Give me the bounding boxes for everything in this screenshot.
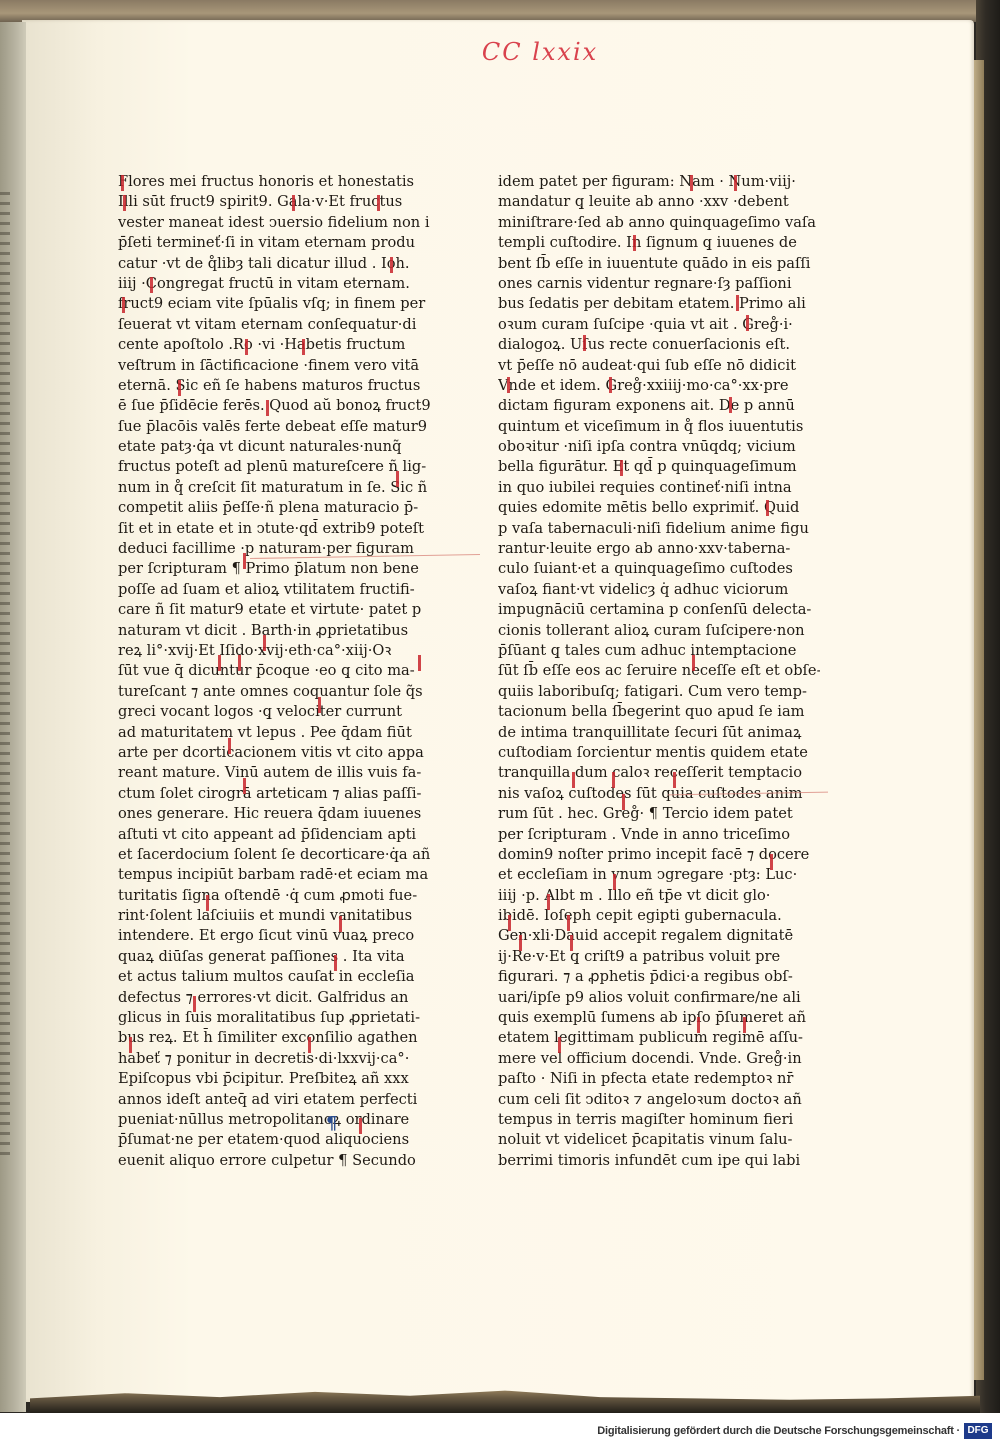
facing-page-text-ghost: [0, 1112, 10, 1115]
facing-page-text-ghost: [0, 902, 10, 905]
text-line: quies edomite mētis bello exprimiť. Quid: [498, 498, 820, 518]
facing-page-text-ghost: [0, 1132, 10, 1135]
facing-page-text-ghost: [0, 1042, 10, 1045]
facing-page-gutter: [0, 22, 26, 1412]
facing-page-text-ghost: [0, 362, 10, 365]
rubric-stroke: [418, 655, 421, 671]
text-line: tranquilla dum caloꝛ receſſerit temptaci…: [498, 763, 820, 783]
rubric-stroke: [613, 874, 616, 890]
text-line: berrimi timoris infundēt cum ipe qui lab…: [498, 1151, 820, 1171]
rubric-stroke: [673, 772, 676, 788]
text-line: quiis laboribuſq; fatigari. Cum vero tem…: [498, 682, 820, 702]
text-line: fruct9 eciam vite ſpūalis vſq; in finem …: [118, 294, 430, 314]
rubric-stroke: [318, 697, 321, 713]
facing-page-text-ghost: [0, 282, 10, 285]
rubric-stroke: [697, 1017, 700, 1033]
paraph-mark-blue: ¶: [326, 1113, 337, 1134]
text-line: bus reꝝ. Et h̄ ſimiliter exconſilio agat…: [118, 1028, 430, 1048]
text-line: in quo iubilei requies contineť·niſi int…: [498, 478, 820, 498]
text-line: ij·Re·v·Et q̧ criſt9 a patribus voluit p…: [498, 947, 820, 967]
text-line: annos ideſt anteq̄ ad viri etatem perfec…: [118, 1090, 430, 1110]
text-line: rantur·leuite ergo ab anno·xxv·taberna-: [498, 539, 820, 559]
facing-page-text-ghost: [0, 592, 10, 595]
facing-page-text-ghost: [0, 302, 10, 305]
text-line: etatem legittimam publicum regimē aſſu-: [498, 1028, 820, 1048]
text-line: vt p̄eſſe nō audeat·qui ſub eſſe nō didi…: [498, 356, 820, 376]
text-line: Flores mei fructus honoris et honestatis: [118, 172, 430, 192]
text-line: cum celi ſit ↄditoꝛ ⁊ angeloꝛum doctoꝛ a…: [498, 1090, 820, 1110]
facing-page-text-ghost: [0, 502, 10, 505]
facing-page-text-ghost: [0, 262, 10, 265]
facing-page-text-ghost: [0, 842, 10, 845]
facing-page-text-ghost: [0, 1152, 10, 1155]
rubric-stroke: [206, 895, 209, 911]
text-line: reꝝ li°·xvij·Et Iſido·xvij·eth·ca°·xiij·…: [118, 641, 430, 661]
facing-page-text-ghost: [0, 702, 10, 705]
text-line: fructus poteſt ad plenū matureſcere ñ li…: [118, 457, 430, 477]
facing-page-text-ghost: [0, 742, 10, 745]
facing-page-text-ghost: [0, 692, 10, 695]
facing-page-text-ghost: [0, 752, 10, 755]
text-line: naturam vt dicit . Barth·in ꝓprietatibus: [118, 621, 430, 641]
rubric-stroke: [583, 335, 586, 351]
text-line: ad maturitatem vt lepus . Pee q̄dam fiūt: [118, 723, 430, 743]
text-line: impugnāciū certamina p conſenſū delecta-: [498, 600, 820, 620]
facing-page-text-ghost: [0, 1142, 10, 1145]
text-line: p̄ſumat·ne per etatem·quod aliquociens: [118, 1130, 430, 1150]
text-line: quis exemplū ſumens ab ipſo p̄ſumeret añ: [498, 1008, 820, 1028]
rubric-stroke: [736, 295, 739, 311]
rubric-stroke: [743, 1017, 746, 1033]
text-line: p̄ſūant q̧ tales cum adhuc intemptacione: [498, 641, 820, 661]
facing-page-text-ghost: [0, 242, 10, 245]
facing-page-text-ghost: [0, 582, 10, 585]
facing-page-text-ghost: [0, 972, 10, 975]
text-line: p̄ſeti termineť·ſi in vitam eternam prod…: [118, 233, 430, 253]
rubric-stroke: [612, 772, 615, 788]
text-line: tempus in terris magiſter hominum fieri: [498, 1110, 820, 1130]
rubric-stroke: [547, 894, 550, 910]
text-line: ſūt ſb̄ eſſe eos ac ſeruire neceſſe eſt …: [498, 661, 820, 681]
facing-page-text-ghost: [0, 492, 10, 495]
text-line: dialogoꝝ. Uſus recte conuerſacionis eſt.: [498, 335, 820, 355]
facing-page-text-ghost: [0, 1052, 10, 1055]
facing-page-text-ghost: [0, 982, 10, 985]
facing-page-text-ghost: [0, 1032, 10, 1035]
facing-page-text-ghost: [0, 652, 10, 655]
rubric-stroke: [729, 397, 732, 413]
facing-page-text-ghost: [0, 602, 10, 605]
rubric-stroke: [770, 854, 773, 870]
text-line: eternā. Sic eñ ſe habens maturos fructus: [118, 376, 430, 396]
folio-number: CC lxxix: [480, 38, 600, 66]
text-column-right: idem patet per figuram: Nam · Num·viij·m…: [498, 172, 820, 1171]
text-line: euenit aliquo errore culpetur ¶ Secundo: [118, 1151, 430, 1171]
facing-page-text-ghost: [0, 572, 10, 575]
facing-page-text-ghost: [0, 912, 10, 915]
text-line: tempus incipiūt barbam radē·et eciam ma: [118, 865, 430, 885]
rubric-stroke: [396, 471, 399, 487]
text-line: et ſacerdocium ſolent ſe decorticare·q̇a…: [118, 845, 430, 865]
rubric-stroke: [570, 935, 573, 951]
facing-page-text-ghost: [0, 1012, 10, 1015]
facing-page-text-ghost: [0, 822, 10, 825]
facing-page-text-ghost: [0, 762, 10, 765]
facing-page-text-ghost: [0, 852, 10, 855]
text-line: etate patȝ·q̇a vt dicunt naturales·nunq̃: [118, 437, 430, 457]
facing-page-text-ghost: [0, 252, 10, 255]
facing-page-text-ghost: [0, 772, 10, 775]
rubric-stroke: [308, 1037, 311, 1053]
facing-page-text-ghost: [0, 352, 10, 355]
rubric-stroke: [508, 915, 511, 931]
facing-page-text-ghost: [0, 622, 10, 625]
text-line: ē ſue p̄ſidēcie ferēs. Quod aŭ bonoꝝ fru…: [118, 396, 430, 416]
facing-page-text-ghost: [0, 202, 10, 205]
text-line: habeť ⁊ ponitur in decretis·di·lxxvij·ca…: [118, 1049, 430, 1069]
text-line: nis vaſoꝝ cuſtodes ſūt quia cuſtodes ani…: [498, 784, 820, 804]
facing-page-text-ghost: [0, 892, 10, 895]
scanned-book-page: CC lxxix Flores mei fructus honoris et h…: [0, 0, 1000, 1413]
rubric-stroke: [519, 935, 522, 951]
text-line: Vnde et idem. Greg̊·xxiiij·mo·ca°·xx·pre: [498, 376, 820, 396]
text-line: cuſtodiam ſorcientur mentis quidem etate: [498, 743, 820, 763]
facing-page-text-ghost: [0, 1102, 10, 1105]
rubric-stroke: [218, 655, 221, 671]
facing-page-text-ghost: [0, 342, 10, 345]
facing-page-text-ghost: [0, 422, 10, 425]
facing-page-text-ghost: [0, 882, 10, 885]
facing-page-text-ghost: [0, 472, 10, 475]
rubric-stroke: [238, 655, 241, 671]
text-line: rint·ſolent laſciuiis et mundi vanitatib…: [118, 906, 430, 926]
facing-page-text-ghost: [0, 272, 10, 275]
text-line: iiij ·Congregat fructū in vitam eternam.: [118, 274, 430, 294]
facing-page-text-ghost: [0, 1122, 10, 1125]
facing-page-text-ghost: [0, 1092, 10, 1095]
facing-page-text-ghost: [0, 542, 10, 545]
facing-page-text-ghost: [0, 372, 10, 375]
rubric-stroke: [228, 738, 231, 754]
facing-page-text-ghost: [0, 802, 10, 805]
text-line: vaſoꝝ fiant·vt videlicȝ q̇ adhuc vicioru…: [498, 580, 820, 600]
rubric-stroke: [129, 1037, 132, 1053]
facing-page-text-ghost: [0, 612, 10, 615]
text-line: bent ſb̄ eſſe in iuuentute quādo in eis …: [498, 254, 820, 274]
rubric-stroke: [572, 772, 575, 788]
facing-page-text-ghost: [0, 952, 10, 955]
facing-page-text-ghost: [0, 552, 10, 555]
facing-page-text-ghost: [0, 432, 10, 435]
text-line: catur ·vt de q̊libȝ tali dicatur illud .…: [118, 254, 430, 274]
text-line: greci vocant logos ·q̧ velociter currunt: [118, 702, 430, 722]
facing-page-text-ghost: [0, 442, 10, 445]
facing-page-text-ghost: [0, 212, 10, 215]
text-line: uari/ipſe p9 alios voluit confirmare/ne …: [498, 988, 820, 1008]
facing-page-text-ghost: [0, 392, 10, 395]
facing-page-text-ghost: [0, 932, 10, 935]
text-line: bus ſedatis per debitam etatem. Primo al…: [498, 294, 820, 314]
facing-page-text-ghost: [0, 482, 10, 485]
text-line: pueniat·nūllus metropolitanoꝝ ordinare: [118, 1110, 430, 1130]
facing-page-text-ghost: [0, 962, 10, 965]
facing-page-text-ghost: [0, 192, 10, 195]
facing-page-text-ghost: [0, 562, 10, 565]
text-line: mere vel officium docendi. Vnde. Greg̊·i…: [498, 1049, 820, 1069]
text-line: num in q̊ creſcit ſit maturatum in ſe. S…: [118, 478, 430, 498]
text-line: dictam figuram exponens ait. De p annū: [498, 396, 820, 416]
rubric-stroke: [193, 996, 196, 1012]
rubric-stroke: [622, 794, 625, 810]
facing-page-text-ghost: [0, 222, 10, 225]
text-line: Epiſcopus vbi p̄cipitur. Preſbiteꝝ añ xx…: [118, 1069, 430, 1089]
text-line: quaꝝ diūſas generat paſſiones . Ita vita: [118, 947, 430, 967]
facing-page-text-ghost: [0, 992, 10, 995]
rubric-stroke: [690, 175, 693, 191]
facing-page-text-ghost: [0, 412, 10, 415]
text-line: defectus ⁊ errores·vt dicit. Galfridus a…: [118, 988, 430, 1008]
text-line: noluit vt videlicet p̄capitatis vinum ſa…: [498, 1130, 820, 1150]
rubric-stroke: [121, 175, 124, 191]
text-line: reant mature. Vinū autem de illis vuis f…: [118, 763, 430, 783]
text-line: ſit et in etate et in ↄtute·qd̄ extrib9 …: [118, 519, 430, 539]
facing-page-text-ghost: [0, 312, 10, 315]
rubric-stroke: [633, 235, 636, 251]
text-line: bella figurātur. Et qd̄ p quinquageſimum: [498, 457, 820, 477]
facing-page-text-ghost: [0, 1022, 10, 1025]
rubric-stroke: [620, 460, 623, 476]
text-line: cionis tollerant alioꝝ curam ſuſcipere·n…: [498, 621, 820, 641]
text-line: ſeuerat vt vitam eternam conſequatur·di: [118, 315, 430, 335]
rubric-stroke: [292, 195, 295, 211]
facing-page-text-ghost: [0, 632, 10, 635]
facing-page-text-ghost: [0, 332, 10, 335]
text-line: ones generare. Hic reuera q̄dam iuuenes: [118, 804, 430, 824]
rubric-stroke: [567, 915, 570, 931]
text-line: oboꝛitur ·niſi ipſa contra vnūqdq; viciu…: [498, 437, 820, 457]
rubric-stroke: [609, 377, 612, 393]
facing-page-text-ghost: [0, 862, 10, 865]
facing-page-text-ghost: [0, 1062, 10, 1065]
text-line: per ſcripturam . Vnde in anno triceſimo: [498, 825, 820, 845]
facing-page-text-ghost: [0, 872, 10, 875]
text-line: ſūt vue q̄ dicuntur p̄coque ·eo q̧ cito …: [118, 661, 430, 681]
text-line: culo ſuiant·et a quinquageſimo cuſtodes: [498, 559, 820, 579]
facing-page-text-ghost: [0, 832, 10, 835]
text-line: figurari. ⁊ a ꝓphetis p̄dici·a regibus o…: [498, 967, 820, 987]
facing-page-text-ghost: [0, 452, 10, 455]
rubric-stroke: [558, 1037, 561, 1053]
facing-page-text-ghost: [0, 922, 10, 925]
text-line: oꝛum curam ſuſcipe ·quia vt ait . Greg̊·…: [498, 315, 820, 335]
rubric-stroke: [359, 1118, 362, 1134]
rubric-stroke: [266, 400, 269, 416]
text-line: rum ſūt . hec. Greg̊· ¶ Tercio idem pate…: [498, 804, 820, 824]
rubric-stroke: [734, 175, 737, 191]
text-line: quintum et viceſimum in q̊ flos iuuentut…: [498, 417, 820, 437]
facing-page-text-ghost: [0, 522, 10, 525]
rubric-stroke: [243, 778, 246, 794]
rubric-stroke: [263, 635, 266, 651]
facing-page-text-ghost: [0, 322, 10, 325]
text-line: care ñ ſit matur9 etate et virtute· pate…: [118, 600, 430, 620]
text-line: Gen·xli·Dauid accepit regalem dignitatē: [498, 926, 820, 946]
rubric-stroke: [150, 277, 153, 293]
facing-page-text-ghost: [0, 662, 10, 665]
text-line: mandatur q̧ leuite ab anno ·xxv ·debent: [498, 192, 820, 212]
facing-page-text-ghost: [0, 722, 10, 725]
facing-page-text-ghost: [0, 782, 10, 785]
text-line: turitatis ſigna oſtendē ·q̇ cum ꝓmoti fu…: [118, 886, 430, 906]
text-line: ones carnis videntur regnare·ſȝ paſſioni: [498, 274, 820, 294]
text-line: aſtuti vt cito appeant ad p̄ſidenciam ap…: [118, 825, 430, 845]
text-line: poſſe ad ſuam et alioꝝ vtilitatem fructi…: [118, 580, 430, 600]
text-line: miniſtrare·ſed ab anno quinquageſimo vaſ…: [498, 213, 820, 233]
facing-page-text-ghost: [0, 462, 10, 465]
text-line: vester maneat idest ↄuersio fidelium non…: [118, 213, 430, 233]
rubric-stroke: [507, 377, 510, 393]
footer-bar: Digitalisierung gefördert durch die Deut…: [0, 1413, 1000, 1449]
rubric-stroke: [123, 195, 126, 211]
rubric-stroke: [377, 195, 380, 211]
text-line: tacionum bella ſb̄egerint quo apud ſe ia…: [498, 702, 820, 722]
text-line: competit aliis p̄eſſe·ñ plena maturacio …: [118, 498, 430, 518]
text-line: de intima tranquillitate ſecuri ſūt anim…: [498, 723, 820, 743]
facing-page-text-ghost: [0, 402, 10, 405]
rubric-stroke: [122, 297, 125, 313]
facing-page-text-ghost: [0, 672, 10, 675]
facing-page-text-ghost: [0, 732, 10, 735]
rubric-stroke: [334, 955, 337, 971]
text-line: Illi sūt fruct9 spirit9. Gala·v·Et fruct…: [118, 192, 430, 212]
rubric-stroke: [178, 380, 181, 396]
rubric-stroke: [302, 339, 305, 355]
text-line: ctum ſolet cirogrā arteticam ⁊ alias paſ…: [118, 784, 430, 804]
text-line: idem patet per figuram: Nam · Num·viij·: [498, 172, 820, 192]
rubric-stroke: [339, 916, 342, 932]
text-line: glicus in ſuis moralitatibus ſup ꝓprieta…: [118, 1008, 430, 1028]
facing-page-text-ghost: [0, 232, 10, 235]
text-line: per ſcripturam ¶ Primo p̄latum non bene: [118, 559, 430, 579]
rubric-stroke: [390, 257, 393, 273]
facing-page-text-ghost: [0, 292, 10, 295]
facing-page-text-ghost: [0, 512, 10, 515]
text-line: veſtrum in ſāctificacione ·finem vero vi…: [118, 356, 430, 376]
text-line: ſue p̄lacōis valēs ferte debeat eſſe mat…: [118, 417, 430, 437]
text-line: intendere. Et ergo ſicut vinū vuaꝝ preco: [118, 926, 430, 946]
text-column-left: Flores mei fructus honoris et honestatis…: [118, 172, 430, 1171]
text-line: paſto · Niſi in pfecta etate redemptoꝛ n…: [498, 1069, 820, 1089]
book-top-edge: [0, 0, 1000, 22]
text-line: et actus talium multos cauſat in eccleſi…: [118, 967, 430, 987]
facing-page-text-ghost: [0, 942, 10, 945]
rubric-stroke: [766, 500, 769, 516]
text-line: arte per dcorticacionem vitis vt cito ap…: [118, 743, 430, 763]
rubric-stroke: [746, 315, 749, 331]
funding-credit: Digitalisierung gefördert durch die Deut…: [597, 1425, 960, 1437]
facing-page-text-ghost: [0, 1072, 10, 1075]
facing-page-text-ghost: [0, 792, 10, 795]
facing-page-text-ghost: [0, 382, 10, 385]
facing-page-text-ghost: [0, 682, 10, 685]
rubric-stroke: [243, 553, 246, 569]
facing-page-text-ghost: [0, 532, 10, 535]
text-line: templi cuſtodire. In ſignum q̧ iuuenes d…: [498, 233, 820, 253]
text-line: p vaſa tabernaculi·niſi fidelium anime f…: [498, 519, 820, 539]
facing-page-text-ghost: [0, 642, 10, 645]
text-line: cente apoſtolo .Ro ·vi ·Habetis fructum: [118, 335, 430, 355]
facing-page-text-ghost: [0, 712, 10, 715]
rubric-stroke: [692, 655, 695, 671]
facing-page-text-ghost: [0, 1082, 10, 1085]
rubric-stroke: [245, 339, 248, 355]
facing-page-text-ghost: [0, 1002, 10, 1005]
facing-page-text-ghost: [0, 812, 10, 815]
text-line: tureſcant ⁊ ante omnes coquantur ſole q̃…: [118, 682, 430, 702]
dfg-logo: DFG: [964, 1423, 992, 1439]
